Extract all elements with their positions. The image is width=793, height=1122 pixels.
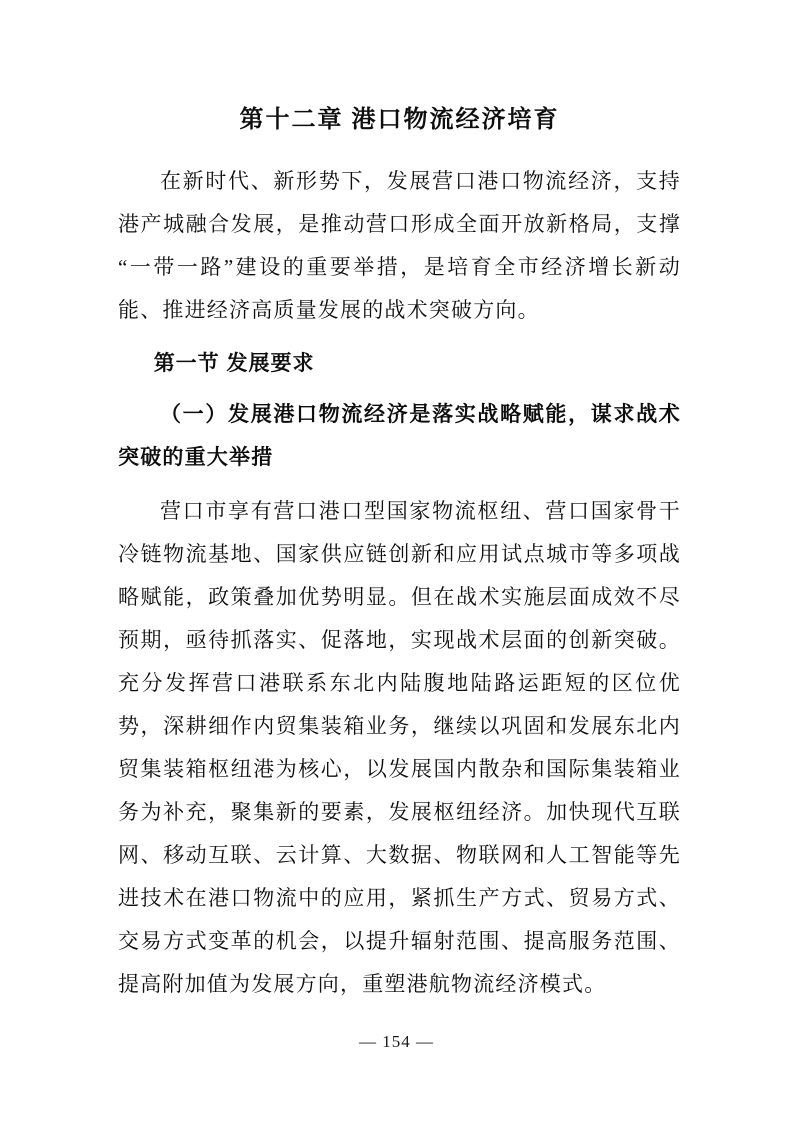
intro-paragraph: 在新时代、新形势下，发展营口港口物流经济，支持港产城融合发展，是推动营口形成全面… [118,160,681,332]
section-1-heading: 第一节 发展要求 [118,349,681,379]
page-number: — 154 — [0,1032,793,1052]
subsection-1-paragraph: 营口市享有营口港口型国家物流枢纽、营口国家骨干冷链物流基地、国家供应链创新和应用… [118,490,681,1006]
document-page: 第十二章 港口物流经济培育 在新时代、新形势下，发展营口港口物流经济，支持港产城… [0,0,793,1122]
chapter-title: 第十二章 港口物流经济培育 [118,104,681,136]
page-content: 第十二章 港口物流经济培育 在新时代、新形势下，发展营口港口物流经济，支持港产城… [118,0,681,1006]
subsection-1-heading: （一）发展港口物流经济是落实战略赋能，谋求战术突破的重大举措 [118,393,681,479]
